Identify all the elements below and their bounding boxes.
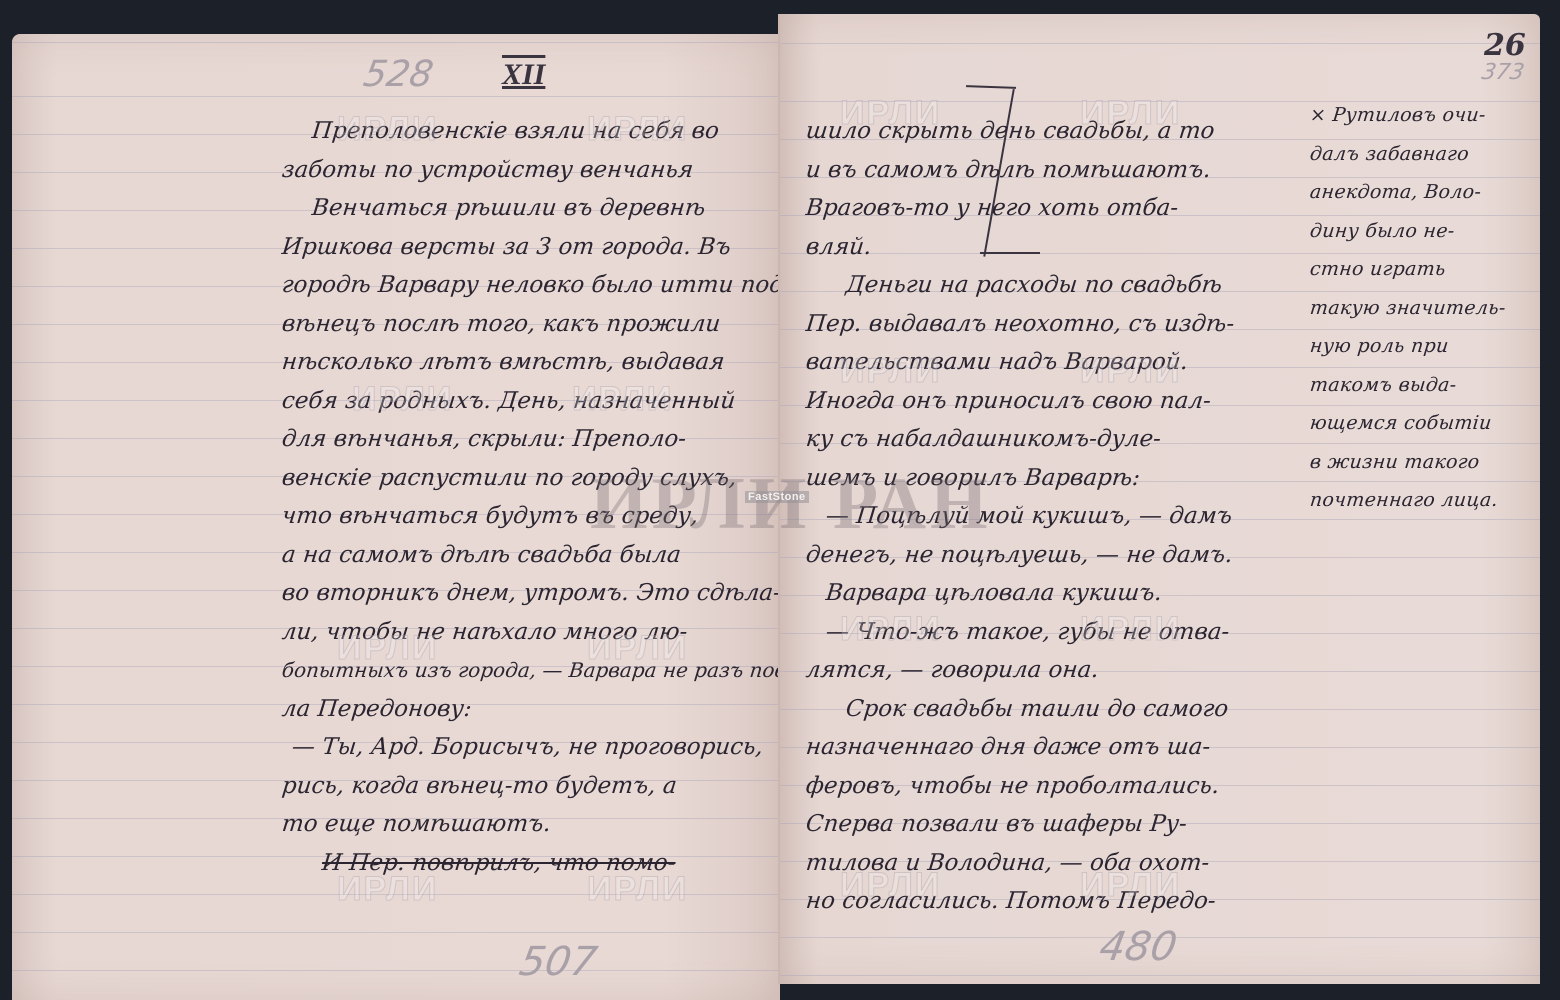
text-line: Варвара цѣловала кукишъ. <box>804 574 1328 613</box>
text-line: — Что-жъ такое, губы не отва- <box>804 613 1328 652</box>
text-line: бопытныхъ изъ города, — Варвара не разъ … <box>280 651 784 690</box>
text-line: тилова и Володина, — оба охот- <box>804 844 1328 883</box>
text-line: вѣнецъ послѣ того, какъ прожили <box>280 305 784 344</box>
margin-note-line: такую значитель- <box>1308 289 1537 328</box>
text-line-struck: И Пер. повѣрилъ, что помо- <box>280 844 784 883</box>
text-line: ла Передонову: <box>280 690 784 729</box>
text-line: и въ самомъ дѣлѣ помѣшаютъ. <box>804 151 1328 190</box>
text-line: себя за родныхъ. День, назначенный <box>280 382 784 421</box>
margin-note-line: стно играть <box>1308 250 1537 289</box>
pencil-page-number-bottom: 507 <box>516 939 600 985</box>
right-margin-column: × Рутиловъ очи- далъ забавнаго анекдота,… <box>1310 96 1535 520</box>
text-line: городѣ Варвару неловко было итти подъ <box>280 266 784 305</box>
text-line: во вторникъ днем, утромъ. Это сдѣла- <box>280 574 784 613</box>
pencil-page-number-bottom: 480 <box>1096 924 1180 970</box>
text-line: — Ты, Ард. Борисычъ, не проговорись, <box>280 728 784 767</box>
margin-note-line: дину было не- <box>1308 212 1537 251</box>
faststone-badge: FastStone <box>745 491 809 503</box>
text-line: заботы по устройству венчанья <box>280 151 784 190</box>
right-page: 26 373 шило скрыть день свадьбы, а то и … <box>778 14 1540 984</box>
text-line: для вѣнчанья, скрыли: Преполо- <box>280 420 784 459</box>
text-line: Пер. выдавалъ неохотно, съ издѣ- <box>804 305 1328 344</box>
text-line: — Поцѣлуй мой кукишъ, — дамъ <box>804 497 1328 536</box>
text-line: шемъ и говорилъ Варварѣ: <box>804 459 1328 498</box>
insertion-bracket <box>966 85 1016 91</box>
folio-number: 26 <box>1484 28 1526 63</box>
text-line: шило скрыть день свадьбы, а то <box>804 112 1328 151</box>
text-line: вляй. <box>804 228 1328 267</box>
margin-note-line: анекдота, Воло- <box>1308 173 1537 212</box>
text-line: Сперва позвали въ шаферы Ру- <box>804 805 1328 844</box>
margin-note-line: почтеннаго лица. <box>1308 481 1537 520</box>
left-text-column: Преполовенскіе взяли на себя во заботы п… <box>282 112 782 882</box>
left-page: 528 XII Преполовенскіе взяли на себя во … <box>12 34 780 1000</box>
text-line: нѣсколько лѣтъ вмѣстѣ, выдавая <box>280 343 784 382</box>
text-line: вательствами надъ Варварой. <box>804 343 1328 382</box>
margin-note-line: ную роль при <box>1308 327 1537 366</box>
text-line: Срок свадьбы таили до самого <box>804 690 1328 729</box>
pencil-folio-number: 373 <box>1480 60 1526 85</box>
text-line: назначеннаго дня даже отъ ша- <box>804 728 1328 767</box>
margin-note-line: такомъ выда- <box>1308 366 1537 405</box>
text-line: феровъ, чтобы не проболтались. <box>804 767 1328 806</box>
text-line: лятся, — говорила она. <box>804 651 1328 690</box>
text-line: венскіе распустили по городу слухъ, <box>280 459 784 498</box>
text-line: Преполовенскіе взяли на себя во <box>280 112 784 151</box>
text-line: но согласились. Потомъ Передо- <box>804 882 1328 921</box>
text-line: Иногда онъ приносилъ свою пал- <box>804 382 1328 421</box>
text-line: Деньги на расходы по свадьбѣ <box>804 266 1328 305</box>
chapter-numeral: XII <box>502 58 545 92</box>
text-line: денегъ, не поцѣлуешь, — не дамъ. <box>804 536 1328 575</box>
text-line: Венчаться рѣшили въ деревнѣ <box>280 189 784 228</box>
pencil-archive-number: 528 <box>360 54 436 95</box>
text-line: Враговъ-то у него хоть отба- <box>804 189 1328 228</box>
margin-note-line: ющемся событіи <box>1308 404 1537 443</box>
margin-note-line: в жизни такого <box>1308 443 1537 482</box>
margin-note-line: × Рутиловъ очи- <box>1308 96 1537 135</box>
text-line: Иршкова версты за 3 от города. Въ <box>280 228 784 267</box>
text-line: рись, когда вѣнец-то будетъ, а <box>280 767 784 806</box>
text-line: то еще помѣшаютъ. <box>280 805 784 844</box>
text-line: ли, чтобы не наѣхало много лю- <box>280 613 784 652</box>
text-line: что вѣнчаться будутъ въ среду, <box>280 497 784 536</box>
right-main-column: шило скрыть день свадьбы, а то и въ само… <box>806 112 1326 921</box>
text-line: ку съ набалдашникомъ-дуле- <box>804 420 1328 459</box>
margin-note-line: далъ забавнаго <box>1308 135 1537 174</box>
text-line: а на самомъ дѣлѣ свадьба была <box>280 536 784 575</box>
